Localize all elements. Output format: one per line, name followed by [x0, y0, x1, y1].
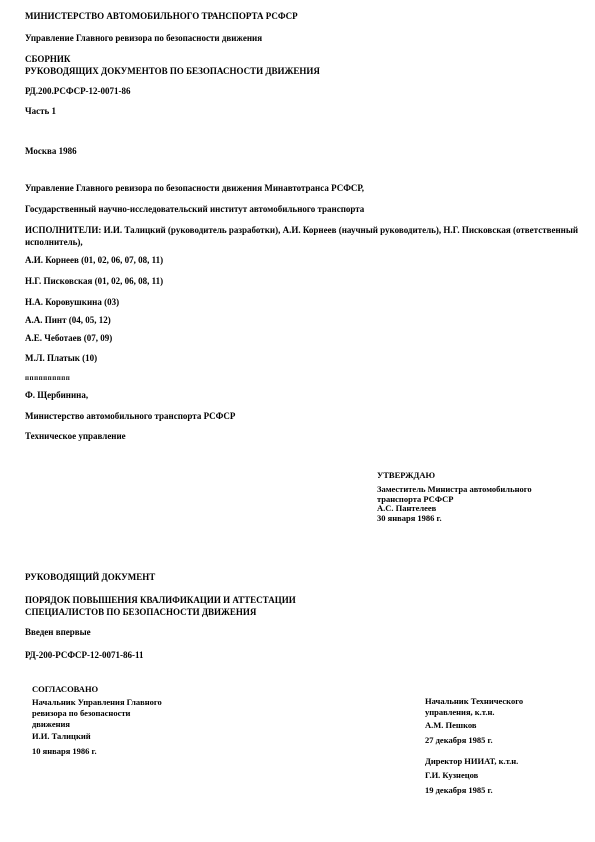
doc-type-label: РУКОВОДЯЩИЙ ДОКУМЕНТ	[25, 572, 155, 583]
developer-org-2: Государственный научно-исследовательский…	[25, 204, 364, 215]
agreement-right1-position-line: Начальник Технического	[425, 696, 523, 707]
agreement-right2-position: Директор НИИАТ, к.т.н.	[425, 756, 518, 767]
agreement-right1-position: Начальник Технического управления, к.т.н…	[425, 696, 523, 718]
agreement-right1-date: 27 декабря 1985 г.	[425, 735, 493, 746]
introduced-note: Введен впервые	[25, 627, 91, 638]
executor-item: Н.Г. Писковская (01, 02, 06, 08, 11)	[25, 276, 163, 287]
doc-number: РД.200.РСФСР-12-0071-86	[25, 86, 131, 97]
approval-label: УТВЕРЖДАЮ	[377, 470, 435, 481]
department-title: Управление Главного ревизора по безопасн…	[25, 33, 262, 44]
agreement-left-position: Начальник Управления Главного ревизора п…	[32, 697, 162, 730]
agreement-label: СОГЛАСОВАНО	[32, 684, 98, 695]
collection-title-line1: СБОРНИК	[25, 53, 320, 65]
part-label: Часть 1	[25, 106, 56, 117]
executor-item: А.А. Пинт (04, 05, 12)	[25, 315, 111, 326]
illegible-artifact-line: пппппппппп	[25, 373, 70, 384]
approval-date: 30 января 1986 г.	[377, 514, 532, 524]
agreement-right1-position-line: управления, к.т.н.	[425, 707, 523, 718]
agreement-left-date: 10 января 1986 г.	[32, 746, 97, 757]
executors-intro: ИСПОЛНИТЕЛИ: И.И. Талицкий (руководитель…	[25, 224, 578, 248]
agreement-left-position-line: движения	[32, 719, 162, 730]
collection-title-line2: РУКОВОДЯЩИХ ДОКУМЕНТОВ ПО БЕЗОПАСНОСТИ Д…	[25, 65, 320, 77]
ministry-name: Министерство автомобильного транспорта Р…	[25, 411, 235, 422]
signatory-name: Ф. Щербинина,	[25, 390, 88, 401]
executors-intro-line2: исполнитель),	[25, 236, 578, 248]
document-page: МИНИСТЕРСТВО АВТОМОБИЛЬНОГО ТРАНСПОРТА Р…	[0, 0, 595, 842]
tech-department: Техническое управление	[25, 431, 126, 442]
agreement-left-position-line: ревизора по безопасности	[32, 708, 162, 719]
doc-full-number: РД-200-РСФСР-12-0071-86-11	[25, 650, 144, 661]
doc-title-line1: ПОРЯДОК ПОВЫШЕНИЯ КВАЛИФИКАЦИИ И АТТЕСТА…	[25, 594, 296, 606]
agreement-left-position-line: Начальник Управления Главного	[32, 697, 162, 708]
doc-title-line2: СПЕЦИАЛИСТОВ ПО БЕЗОПАСНОСТИ ДВИЖЕНИЯ	[25, 606, 296, 618]
doc-title: ПОРЯДОК ПОВЫШЕНИЯ КВАЛИФИКАЦИИ И АТТЕСТА…	[25, 594, 296, 618]
ministry-title: МИНИСТЕРСТВО АВТОМОБИЛЬНОГО ТРАНСПОРТА Р…	[25, 11, 298, 22]
agreement-right1-name: А.М. Пешков	[425, 720, 477, 731]
city-year: Москва 1986	[25, 146, 77, 157]
executor-item: А.И. Корнеев (01, 02, 06, 07, 08, 11)	[25, 255, 163, 266]
executors-intro-line1: ИСПОЛНИТЕЛИ: И.И. Талицкий (руководитель…	[25, 224, 578, 236]
executor-item: Н.А. Коровушкина (03)	[25, 297, 119, 308]
executor-item: А.Е. Чеботаев (07, 09)	[25, 333, 112, 344]
agreement-right2-name: Г.И. Кузнецов	[425, 770, 478, 781]
collection-title: СБОРНИК РУКОВОДЯЩИХ ДОКУМЕНТОВ ПО БЕЗОПА…	[25, 53, 320, 77]
agreement-right2-date: 19 декабря 1985 г.	[425, 785, 493, 796]
approval-block: Заместитель Министра автомобильного тран…	[377, 485, 532, 523]
agreement-left-name: И.И. Талицкий	[32, 731, 91, 742]
executor-item: М.Л. Платык (10)	[25, 353, 97, 364]
developer-org-1: Управление Главного ревизора по безопасн…	[25, 183, 364, 194]
